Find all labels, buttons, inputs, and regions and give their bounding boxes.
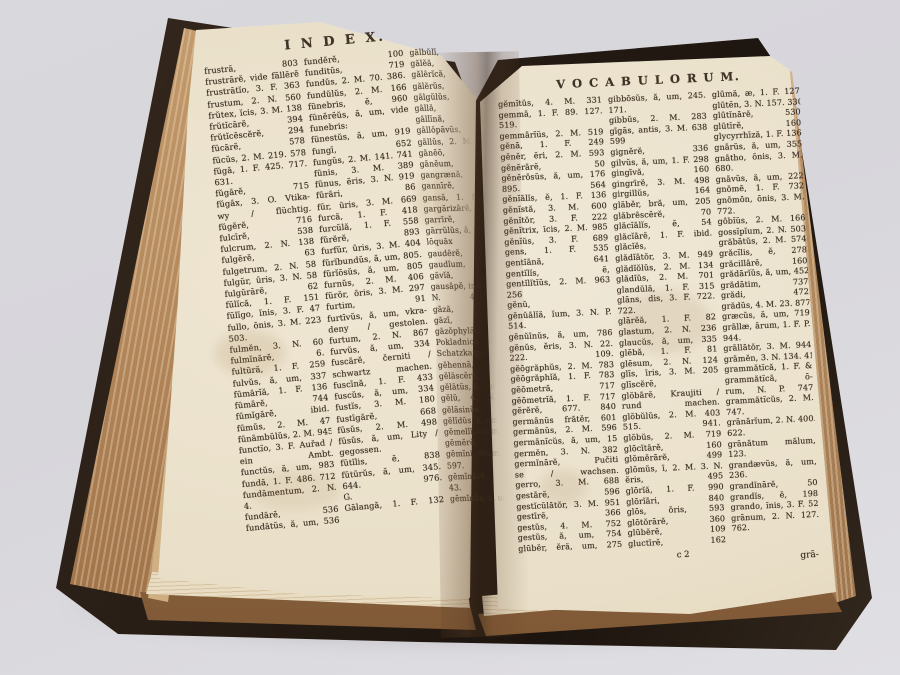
entry-line: gargărizārĕ, bbox=[423, 202, 479, 214]
right-page-column-2: gibbōsŭs, ă, um, 245.171.gibbŭs, 2. M. 2… bbox=[608, 91, 727, 551]
entry-line: gāllŭs, 2. M. bbox=[417, 135, 473, 147]
catchword: grā- bbox=[800, 549, 819, 560]
entry-line: gĕmĭnŭs, ă, um, bbox=[450, 492, 506, 504]
entry-line: N. 410. bbox=[431, 292, 487, 304]
right-page-column-1: gĕmĭtŭs, 4. M. 331gemmā, 1. F. 89. 127.5… bbox=[498, 95, 623, 555]
right-page-text: V O C A B U L O R U M. gĕmĭtŭs, 4. M. 33… bbox=[497, 66, 821, 579]
left-page-text: I N D E X. frustrā, 803frustrārĕ, vide f… bbox=[202, 22, 514, 559]
gathering-signature: c 2 bbox=[676, 549, 689, 560]
right-page-column-3: glūmă, æ, 1. F. 127glūtēn, 3. N. 157. 33… bbox=[712, 86, 821, 545]
entry-line: Schatzkammer. bbox=[436, 347, 492, 359]
entry-line: gĕmellī, ōrum, P. bbox=[443, 425, 499, 437]
entry-line: gārrŭlŭs, ă, um, bbox=[425, 225, 481, 237]
entry-line: gĕlŭ, 4. N. bbox=[440, 392, 496, 404]
entry-line: gĕmĭni, ōrum, bbox=[446, 448, 502, 460]
left-page-columns: frustrā, 803frustrārĕ, vide fāllĕrĕfrust… bbox=[204, 42, 512, 535]
book-photograph: I N D E X. frustrā, 803frustrārĕ, vide f… bbox=[0, 0, 900, 675]
right-page-columns: gĕmĭtŭs, 4. M. 331gemmā, 1. F. 89. 127.5… bbox=[498, 86, 820, 555]
